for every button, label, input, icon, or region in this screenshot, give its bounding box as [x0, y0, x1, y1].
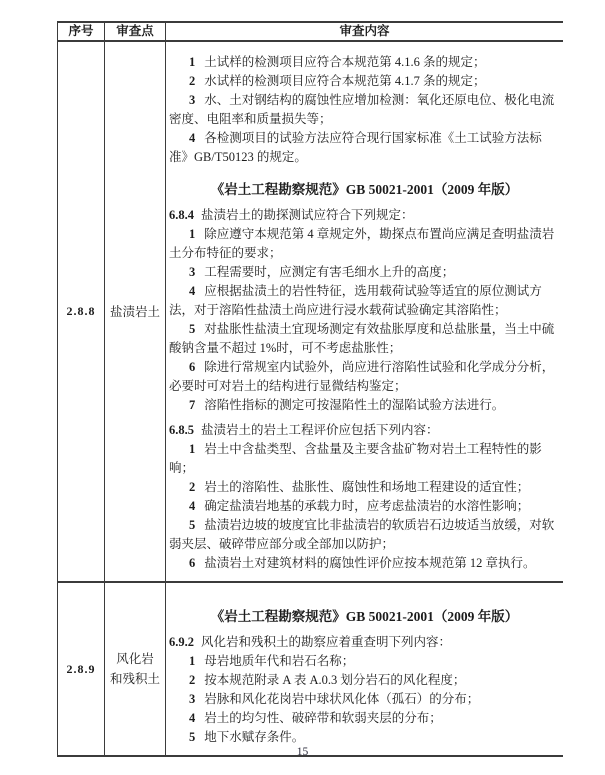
- item-text: 除应遵守本规范第 4 章规定外，勘探点布置尚应满足查明盐渍岩土分布特征的要求；: [169, 227, 554, 260]
- list-item: 6盐渍岩土对建筑材料的腐蚀性评价应按本规范第 12 章执行。: [169, 554, 560, 573]
- item-text: 对盐胀性盐渍土宜现场测定有效盐胀厚度和总盐胀量，当土中硫酸钠含量不超过 1%时，…: [169, 322, 554, 355]
- table-header-row: 序号 审查点 审查内容: [58, 23, 563, 42]
- clause-number: 6.9.2: [169, 635, 194, 649]
- item-number: 2: [189, 480, 195, 494]
- list-item: 1母岩地质年代和岩石名称；: [169, 652, 560, 671]
- item-text: 水、土对钢结构的腐蚀性应增加检测：氧化还原电位、极化电流密度、电阻率和质量损失等…: [169, 93, 554, 126]
- list-item: 1土试样的检测项目应符合本规范第 4.1.6 条的规定；: [169, 53, 560, 72]
- item-number: 5: [189, 518, 195, 532]
- item-text: 盐渍岩边坡的坡度宜比非盐渍岩的软质岩石边坡适当放缓，对软弱夹层、破碎带应部分或全…: [169, 518, 554, 551]
- clause-number: 6.8.4: [169, 208, 194, 222]
- item-text: 岩土的溶陷性、盐胀性、腐蚀性和场地工程建设的适宜性；: [204, 480, 529, 494]
- item-number: 1: [189, 55, 195, 69]
- list-item: 6除进行常规室内试验外，尚应进行溶陷性试验和化学成分分析，必要时可对岩土的结构进…: [169, 358, 560, 396]
- item-text: 溶陷性指标的测定可按湿陷性土的湿陷试验方法进行。: [204, 398, 504, 412]
- item-number: 4: [189, 284, 195, 298]
- review-point-label: 风化岩和残积土: [110, 649, 160, 689]
- item-number: 4: [189, 131, 195, 145]
- row-review-point: 盐渍岩土: [104, 42, 165, 581]
- review-point-line: 和残积土: [110, 672, 160, 686]
- clause-text: 风化岩和残积土的勘察应着重查明下列内容：: [201, 635, 451, 649]
- review-point-line: 盐渍岩土: [110, 305, 160, 319]
- page-number: 15: [0, 746, 605, 758]
- column-header-seq: 序号: [58, 23, 104, 40]
- review-point-label: 盐渍岩土: [110, 302, 160, 322]
- list-item: 1岩土中含盐类型、含盐量及主要含盐矿物对岩土工程特性的影响；: [169, 440, 560, 478]
- list-item: 5地下水赋存条件。: [169, 728, 560, 747]
- item-text: 地下水赋存条件。: [204, 730, 304, 744]
- item-number: 6: [189, 360, 195, 374]
- list-item: 7溶陷性指标的测定可按湿陷性土的湿陷试验方法进行。: [169, 396, 560, 415]
- row-review-point: 风化岩和残积土: [104, 583, 165, 755]
- row-seq-number: 2.8.9: [58, 583, 104, 755]
- item-number: 6: [189, 556, 195, 570]
- list-item: 1除应遵守本规范第 4 章规定外，勘探点布置尚应满足查明盐渍岩土分布特征的要求；: [169, 225, 560, 263]
- list-item: 4岩土的均匀性、破碎带和软弱夹层的分布；: [169, 709, 560, 728]
- list-item: 4确定盐渍岩地基的承载力时，应考虑盐渍岩的水溶性影响；: [169, 497, 560, 516]
- standard-heading: 《岩土工程勘察规范》GB 50021-2001（2009 年版）: [169, 180, 560, 199]
- item-text: 母岩地质年代和岩石名称；: [204, 654, 354, 668]
- clause-line: 6.8.4盐渍岩土的勘探测试应符合下列规定：: [169, 206, 560, 225]
- clause-line: 6.9.2风化岩和残积土的勘察应着重查明下列内容：: [169, 633, 560, 652]
- item-text: 除进行常规室内试验外，尚应进行溶陷性试验和化学成分分析，必要时可对岩土的结构进行…: [169, 360, 554, 393]
- item-number: 3: [189, 265, 195, 279]
- clause-text: 盐渍岩土的岩土工程评价应包括下列内容：: [201, 423, 439, 437]
- item-text: 确定盐渍岩地基的承载力时，应考虑盐渍岩的水溶性影响；: [204, 499, 529, 513]
- item-number: 4: [189, 499, 195, 513]
- table-row: 2.8.8盐渍岩土1土试样的检测项目应符合本规范第 4.1.6 条的规定；2水试…: [58, 42, 563, 583]
- item-number: 1: [189, 227, 195, 241]
- list-item: 5对盐胀性盐渍土宜现场测定有效盐胀厚度和总盐胀量，当土中硫酸钠含量不超过 1%时…: [169, 320, 560, 358]
- item-text: 岩土的均匀性、破碎带和软弱夹层的分布；: [204, 711, 442, 725]
- item-text: 应根据盐渍土的岩性特征，选用载荷试验等适宜的原位测试方法，对于溶陷性盐渍土尚应进…: [169, 284, 542, 317]
- review-point-line: 风化岩: [116, 652, 154, 666]
- list-item: 2水试样的检测项目应符合本规范第 4.1.7 条的规定；: [169, 72, 560, 91]
- item-text: 水试样的检测项目应符合本规范第 4.1.7 条的规定；: [204, 74, 485, 88]
- item-number: 5: [189, 730, 195, 744]
- item-number: 5: [189, 322, 195, 336]
- row-review-content: 1土试样的检测项目应符合本规范第 4.1.6 条的规定；2水试样的检测项目应符合…: [165, 42, 563, 581]
- item-text: 工程需要时，应测定有害毛细水上升的高度；: [204, 265, 454, 279]
- list-item: 4应根据盐渍土的岩性特征，选用载荷试验等适宜的原位测试方法，对于溶陷性盐渍土尚应…: [169, 282, 560, 320]
- item-text: 各检测项目的试验方法应符合现行国家标准《土工试验方法标准》GB/T50123 的…: [169, 131, 542, 164]
- item-text: 土试样的检测项目应符合本规范第 4.1.6 条的规定；: [204, 55, 485, 69]
- item-text: 按本规范附录 A 表 A.0.3 划分岩石的风化程度；: [204, 673, 465, 687]
- item-text: 岩脉和风化花岗岩中球状风化体（孤石）的分布；: [204, 692, 479, 706]
- item-number: 2: [189, 74, 195, 88]
- clause-text: 盐渍岩土的勘探测试应符合下列规定：: [201, 208, 414, 222]
- row-review-content: 《岩土工程勘察规范》GB 50021-2001（2009 年版）6.9.2风化岩…: [165, 583, 563, 755]
- list-item: 2按本规范附录 A 表 A.0.3 划分岩石的风化程度；: [169, 671, 560, 690]
- clause-line: 6.8.5盐渍岩土的岩土工程评价应包括下列内容：: [169, 421, 560, 440]
- list-item: 3工程需要时，应测定有害毛细水上升的高度；: [169, 263, 560, 282]
- item-number: 4: [189, 711, 195, 725]
- list-item: 3水、土对钢结构的腐蚀性应增加检测：氧化还原电位、极化电流密度、电阻率和质量损失…: [169, 91, 560, 129]
- column-header-content: 审查内容: [165, 23, 563, 40]
- item-number: 7: [189, 398, 195, 412]
- item-number: 1: [189, 654, 195, 668]
- table-body: 2.8.8盐渍岩土1土试样的检测项目应符合本规范第 4.1.6 条的规定；2水试…: [58, 42, 563, 757]
- item-number: 3: [189, 93, 195, 107]
- table-row: 2.8.9风化岩和残积土《岩土工程勘察规范》GB 50021-2001（2009…: [58, 583, 563, 757]
- row-seq-number: 2.8.8: [58, 42, 104, 581]
- item-number: 2: [189, 673, 195, 687]
- clause-number: 6.8.5: [169, 423, 194, 437]
- list-item: 2岩土的溶陷性、盐胀性、腐蚀性和场地工程建设的适宜性；: [169, 478, 560, 497]
- item-number: 1: [189, 442, 195, 456]
- item-number: 3: [189, 692, 195, 706]
- standard-heading: 《岩土工程勘察规范》GB 50021-2001（2009 年版）: [169, 607, 560, 626]
- column-header-point: 审查点: [104, 23, 165, 40]
- list-item: 5盐渍岩边坡的坡度宜比非盐渍岩的软质岩石边坡适当放缓，对软弱夹层、破碎带应部分或…: [169, 516, 560, 554]
- list-item: 4各检测项目的试验方法应符合现行国家标准《土工试验方法标准》GB/T50123 …: [169, 129, 560, 167]
- list-item: 3岩脉和风化花岗岩中球状风化体（孤石）的分布；: [169, 690, 560, 709]
- item-text: 盐渍岩土对建筑材料的腐蚀性评价应按本规范第 12 章执行。: [204, 556, 535, 570]
- review-table: 序号 审查点 审查内容 2.8.8盐渍岩土1土试样的检测项目应符合本规范第 4.…: [57, 21, 563, 757]
- item-text: 岩土中含盐类型、含盐量及主要含盐矿物对岩土工程特性的影响；: [169, 442, 542, 475]
